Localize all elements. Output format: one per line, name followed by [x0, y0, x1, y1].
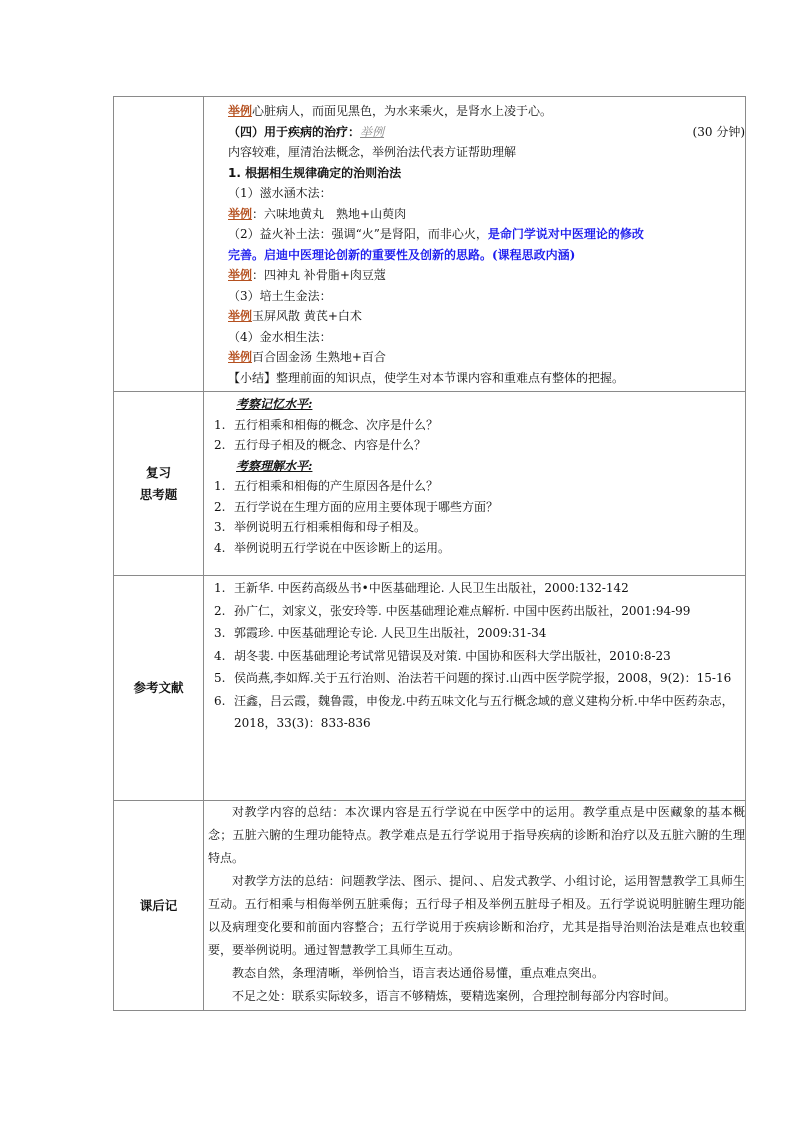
example-text: ：四神丸 补骨脂+肉豆蔻	[252, 268, 386, 282]
treatment-content: 举例心脏病人，而面见黑色，为水来乘火，是肾水上凌于心。 （四）用于疾病的治疗：举…	[204, 97, 746, 392]
memory-heading: 考察记忆水平:	[204, 394, 745, 415]
question-item: 1.五行相乘和相侮的产生原因各是什么？	[204, 476, 745, 497]
section-heading: （四）用于疾病的治疗：举例(30 分钟)	[204, 122, 745, 143]
document-page: 举例心脏病人，而面见黑色，为水来乘火，是肾水上凌于心。 （四）用于疾病的治疗：举…	[0, 0, 794, 1123]
highlight-text: 是命门学说对中医理论的修改	[488, 227, 644, 241]
example-tag: 举例	[228, 309, 252, 323]
afterword-paragraph: 对教学方法的总结：问题教学法、图示、提问、、启发式教学、小组讨论，运用智慧教学工…	[208, 870, 745, 962]
example-line: 举例：四神丸 补骨脂+肉豆蔻	[204, 265, 745, 286]
method-line: （1）滋水涵木法：	[204, 183, 745, 204]
example-tag: 举例	[228, 104, 252, 118]
label-line: 复习	[114, 462, 203, 484]
method-line: （2）益火补土法：强调“火”是肾阳，而非心火，是命门学说对中医理论的修改	[204, 224, 745, 245]
question-item: 1.五行相乘和相侮的概念、次序是什么？	[204, 415, 745, 436]
reference-item: 5.侯尚燕,李如辉.关于五行治则、治法若干问题的探讨.山西中医学院学报，2008…	[204, 667, 745, 690]
example-text: ：六味地黄丸 熟地+山萸肉	[252, 207, 406, 221]
afterword-paragraph: 对教学内容的总结：本次课内容是五行学说在中医学中的运用。教学重点是中医藏象的基本…	[208, 801, 745, 870]
example-line: 举例心脏病人，而面见黑色，为水来乘火，是肾水上凌于心。	[204, 101, 745, 122]
note-line: 内容较难，厘清治法概念，举例治法代表方证帮助理解	[204, 142, 745, 163]
references-list: 1.王新华. 中医药高级丛书•中医基础理论. 人民卫生出版社，2000:132-…	[204, 577, 745, 735]
review-label: 复习 思考题	[114, 392, 204, 576]
reference-item: 2.孙广仁，刘家义，张安玲等. 中医基础理论难点解析. 中国中医药出版社，200…	[204, 600, 745, 623]
example-tag: 举例	[228, 350, 252, 364]
question-item: 4.举例说明五行学说在中医诊断上的运用。	[204, 538, 745, 559]
row-treatment: 举例心脏病人，而面见黑色，为水来乘火，是肾水上凌于心。 （四）用于疾病的治疗：举…	[114, 97, 746, 392]
references-content: 1.王新华. 中医药高级丛书•中医基础理论. 人民卫生出版社，2000:132-…	[204, 576, 746, 801]
example-line: 举例玉屏风散 黄芪+白术	[204, 306, 745, 327]
reference-item: 6.汪鑫，吕云霞，魏鲁霞，申俊龙.中药五味文化与五行概念域的意义建构分析.中华中…	[204, 690, 745, 735]
row-review: 复习 思考题 考察记忆水平: 1.五行相乘和相侮的概念、次序是什么？ 2.五行母…	[114, 392, 746, 576]
understanding-list: 1.五行相乘和相侮的产生原因各是什么？ 2.五行学说在生理方面的应用主要体现于哪…	[204, 476, 745, 558]
subheading: 1. 根据相生规律确定的治则治法	[204, 163, 745, 184]
time-label: (30 分钟)	[693, 122, 745, 143]
reference-item: 1.王新华. 中医药高级丛书•中医基础理论. 人民卫生出版社，2000:132-…	[204, 577, 745, 600]
example-line: 举例百合固金汤 生熟地+百合	[204, 347, 745, 368]
afterword-label: 课后记	[114, 801, 204, 1011]
example-text: 心脏病人，而面见黑色，为水来乘火，是肾水上凌于心。	[252, 104, 552, 118]
memory-list: 1.五行相乘和相侮的概念、次序是什么？ 2.五行母子相及的概念、内容是什么？	[204, 415, 745, 456]
heading-text: （四）用于疾病的治疗：	[228, 125, 360, 139]
row-afterword: 课后记 对教学内容的总结：本次课内容是五行学说在中医学中的运用。教学重点是中医藏…	[114, 801, 746, 1011]
reference-item: 3.郭霞珍. 中医基础理论专论. 人民卫生出版社，2009:31-34	[204, 622, 745, 645]
example-text: 玉屏风散 黄芪+白术	[252, 309, 362, 323]
label-line: 思考题	[114, 484, 203, 506]
method-line: （4）金水相生法：	[204, 327, 745, 348]
example-text: 百合固金汤 生熟地+百合	[252, 350, 386, 364]
row-references: 参考文献 1.王新华. 中医药高级丛书•中医基础理论. 人民卫生出版社，2000…	[114, 576, 746, 801]
reference-item: 4.胡冬裴. 中医基础理论考试常见错误及对策. 中国协和医科大学出版社，2010…	[204, 645, 745, 668]
example-link: 举例	[360, 125, 384, 139]
afterword-content: 对教学内容的总结：本次课内容是五行学说在中医学中的运用。教学重点是中医藏象的基本…	[204, 801, 746, 1011]
method-line: （3）培土生金法：	[204, 286, 745, 307]
summary-line: 【小结】整理前面的知识点，使学生对本节课内容和重难点有整体的把握。	[204, 368, 745, 389]
understanding-heading: 考察理解水平:	[204, 456, 745, 477]
highlight-line: 完善。启迪中医理论创新的重要性及创新的思路。(课程思政内涵)	[204, 245, 745, 266]
review-content: 考察记忆水平: 1.五行相乘和相侮的概念、次序是什么？ 2.五行母子相及的概念、…	[204, 392, 746, 576]
question-item: 3.举例说明五行相乘相侮和母子相及。	[204, 517, 745, 538]
question-item: 2.五行母子相及的概念、内容是什么？	[204, 435, 745, 456]
example-tag: 举例	[228, 207, 252, 221]
afterword-paragraph: 教态自然，条理清晰，举例恰当，语言表达通俗易懂，重点难点突出。	[208, 962, 745, 985]
references-label: 参考文献	[114, 576, 204, 801]
row-label-empty	[114, 97, 204, 392]
afterword-paragraph: 不足之处：联系实际较多，语言不够精炼，要精选案例，合理控制每部分内容时间。	[208, 985, 745, 1008]
method-text: （2）益火补土法：强调“火”是肾阳，而非心火，	[228, 227, 488, 241]
example-tag: 举例	[228, 268, 252, 282]
example-line: 举例：六味地黄丸 熟地+山萸肉	[204, 204, 745, 225]
question-item: 2.五行学说在生理方面的应用主要体现于哪些方面？	[204, 497, 745, 518]
lesson-plan-table: 举例心脏病人，而面见黑色，为水来乘火，是肾水上凌于心。 （四）用于疾病的治疗：举…	[113, 96, 746, 1011]
